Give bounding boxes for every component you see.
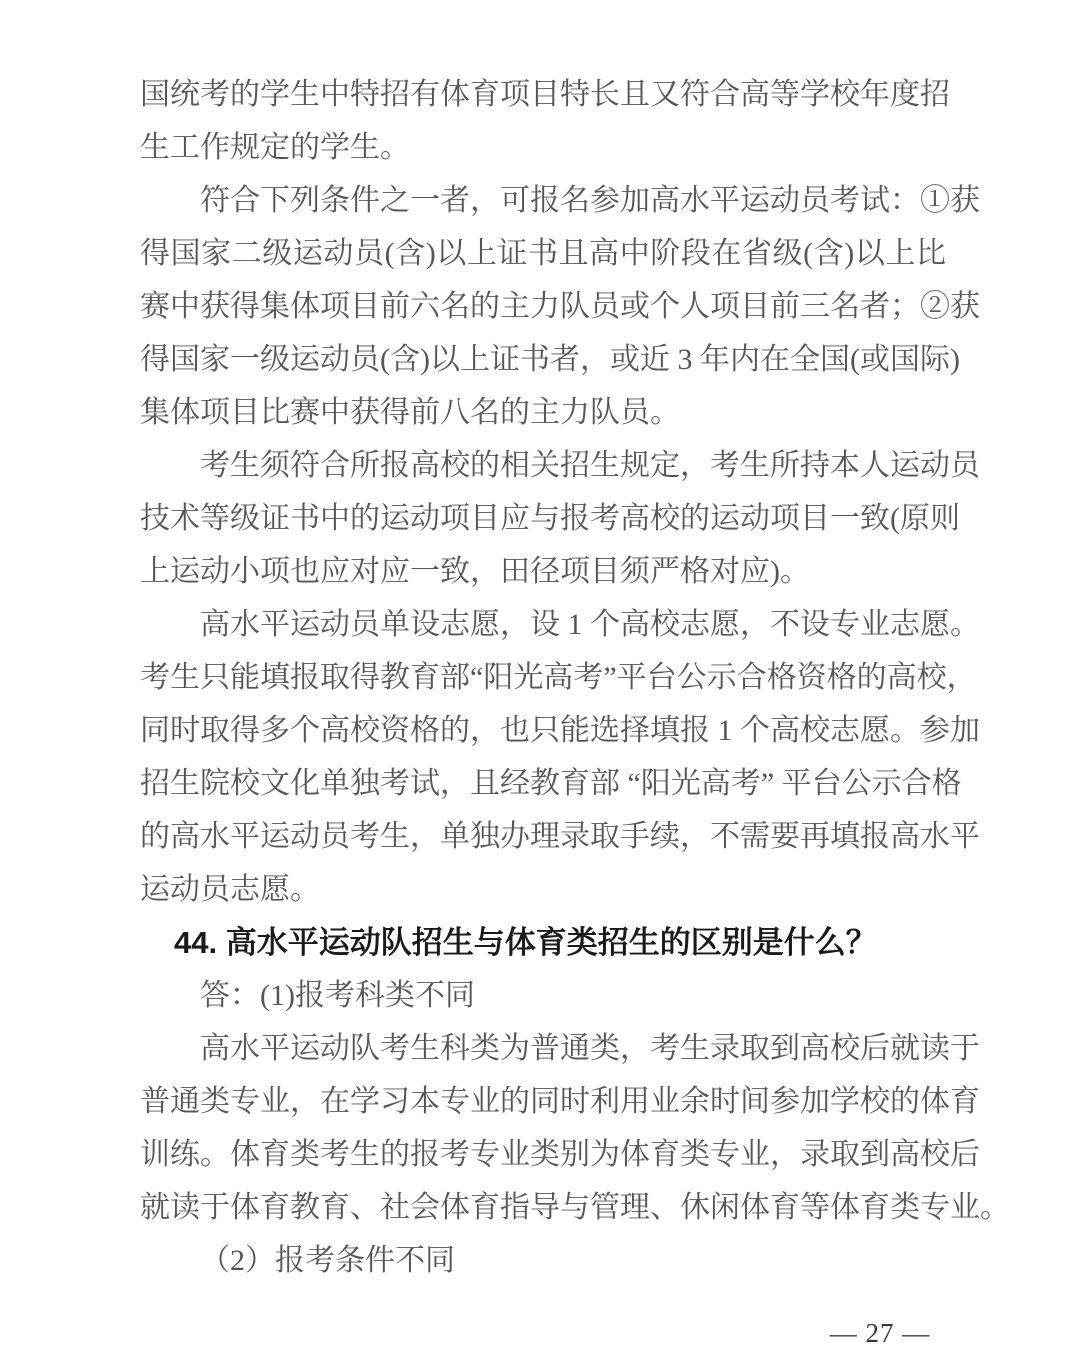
text-line: 符合下列条件之一者，可报名参加高水平运动员考试：①获 xyxy=(140,174,946,227)
text-line: 生工作规定的学生。 xyxy=(140,121,946,174)
text-line: 运动员志愿。 xyxy=(140,863,946,916)
text-line: 训练。体育类考生的报考专业类别为体育类专业，录取到高校后 xyxy=(140,1128,946,1181)
text-line: 集体项目比赛中获得前八名的主力队员。 xyxy=(140,386,946,439)
text-line: 高水平运动员单设志愿，设 1 个高校志愿，不设专业志愿。 xyxy=(140,598,946,651)
text-line: 的高水平运动员考生，单独办理录取手续，不需要再填报高水平 xyxy=(140,810,946,863)
text-line: 就读于体育教育、社会体育指导与管理、休闲体育等体育类专业。 xyxy=(140,1181,946,1234)
text-line: 答：(1)报考科类不同 xyxy=(140,969,946,1022)
text-line: 上运动小项也应对应一致，田径项目须严格对应)。 xyxy=(140,545,946,598)
text-line: 同时取得多个高校资格的，也只能选择填报 1 个高校志愿。参加 xyxy=(140,704,946,757)
text-line: 高水平运动队考生科类为普通类，考生录取到高校后就读于 xyxy=(140,1022,946,1075)
text-line: 得国家二级运动员(含)以上证书且高中阶段在省级(含)以上比 xyxy=(140,227,946,280)
text-line: 技术等级证书中的运动项目应与报考高校的运动项目一致(原则 xyxy=(140,492,946,545)
text-line: 赛中获得集体项目前六名的主力队员或个人项目前三名者；②获 xyxy=(140,280,946,333)
text-line: 考生须符合所报高校的相关招生规定，考生所持本人运动员 xyxy=(140,439,946,492)
text-line: 考生只能填报取得教育部“阳光高考”平台公示合格资格的高校， xyxy=(140,651,946,704)
question-heading: 44. 高水平运动队招生与体育类招生的区别是什么？ xyxy=(140,916,946,969)
text-line: 普通类专业，在学习本专业的同时利用业余时间参加学校的体育 xyxy=(140,1075,946,1128)
text-block: 国统考的学生中特招有体育项目特长且又符合高等学校年度招生工作规定的学生。符合下列… xyxy=(140,68,946,1287)
text-line: （2）报考条件不同 xyxy=(140,1234,946,1287)
text-line: 得国家一级运动员(含)以上证书者，或近 3 年内在全国(或国际) xyxy=(140,333,946,386)
text-line: 招生院校文化单独考试，且经教育部 “阳光高考” 平台公示合格 xyxy=(140,757,946,810)
page-number: — 27 — xyxy=(780,1316,980,1350)
text-line: 国统考的学生中特招有体育项目特长且又符合高等学校年度招 xyxy=(140,68,946,121)
document-page: 国统考的学生中特招有体育项目特长且又符合高等学校年度招生工作规定的学生。符合下列… xyxy=(0,0,1080,1367)
